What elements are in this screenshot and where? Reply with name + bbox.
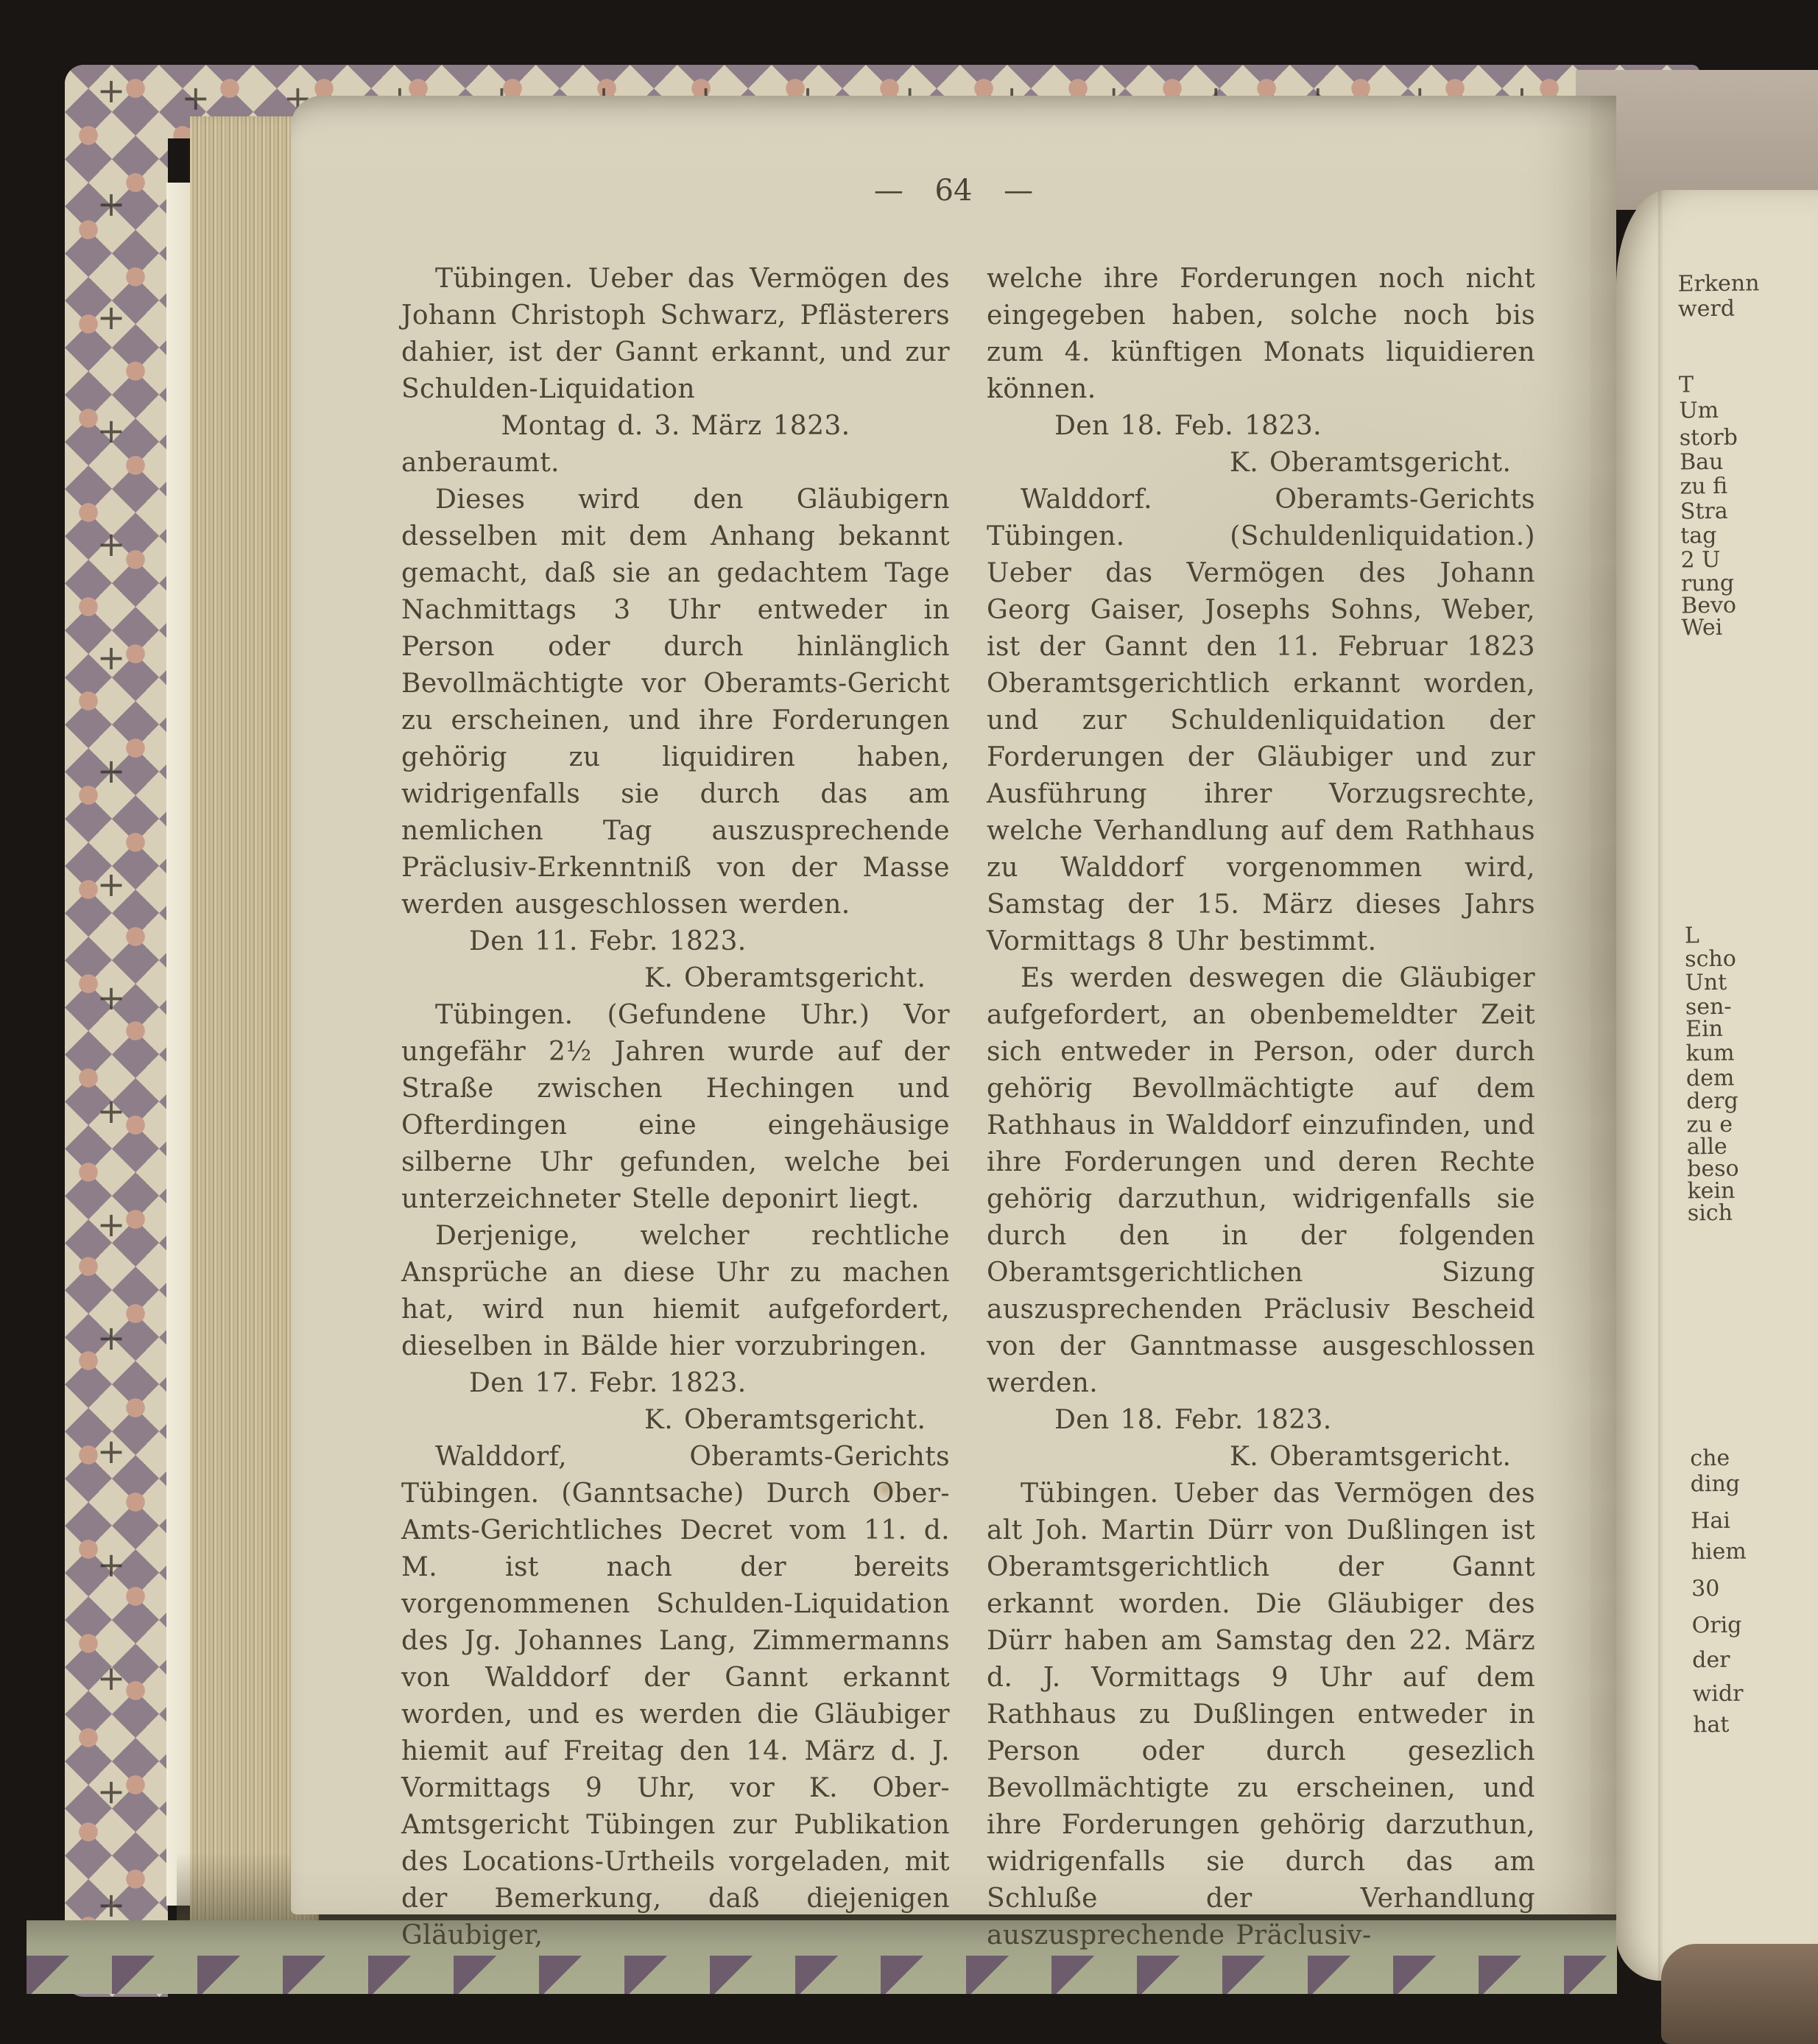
fragment-line: kum [1685,1040,1734,1067]
paragraph: Walddorf. Oberamts-Gerichts Tübingen. (S… [987,482,1535,960]
fragment-line: Bau [1680,449,1724,476]
fragment-line: scho [1685,946,1736,973]
column-left: Tübingen. Ueber das Vermögen des Johann … [401,261,950,1954]
paragraph: K. Oberamtsgericht. [401,960,950,997]
fragment-line: zu fi [1680,473,1727,500]
paragraph: K. Oberamtsgericht. [987,445,1535,482]
paragraph: K. Oberamtsgericht. [987,1439,1535,1476]
fragment-line: Orig [1692,1613,1742,1639]
fragment-line: Hai [1691,1508,1730,1534]
paragraph: Tübingen. (Gefundene Uhr.) Vor ungefähr … [401,997,950,1218]
fragment-line: Erkenn [1677,270,1759,297]
fragment-line: Ein [1685,1016,1723,1043]
page-number: — 64 — [291,174,1616,208]
paragraph: Den 18. Feb. 1823. [987,408,1535,445]
paragraph: Derjenige, welcher rechtliche Ansprüche … [401,1218,950,1365]
next-page-curled-edge: ErkennwerdTUmstorbBauzu fiStratag2 Urung… [1616,190,1818,1981]
paragraph: welche ihre Forderungen noch nicht einge… [987,261,1535,408]
fragment-line: 30 [1691,1576,1720,1601]
fragment-line: sich [1688,1200,1733,1227]
paragraph: Den 17. Febr. 1823. [401,1365,950,1402]
paragraph: Den 11. Febr. 1823. [401,923,950,960]
endpaper-edge [166,183,193,1906]
book-cover-left-border [65,65,168,1997]
fragment-line: che [1690,1445,1730,1472]
column-right-fragments: ErkennwerdTUmstorbBauzu fiStratag2 Urung… [1607,189,1818,1982]
fragment-line: hiem [1691,1539,1746,1565]
fragment-line: Stra [1680,498,1728,525]
fragment-line: widr [1692,1681,1743,1708]
paragraph: Den 18. Febr. 1823. [987,1402,1535,1439]
paragraph: Tübingen. Ueber das Vermögen des alt Joh… [987,1476,1535,1954]
paragraph: Walddorf, Oberamts-Gerichts Tübingen. (G… [401,1439,950,1954]
page-64: — 64 — Tübingen. Ueber das Vermögen des … [291,96,1616,1914]
fragment-line: derg [1686,1088,1738,1115]
paragraph: Tübingen. Ueber das Vermögen des Johann … [401,261,950,408]
book-scan: — 64 — Tübingen. Ueber das Vermögen des … [0,0,1818,2044]
fragment-line: storb [1680,425,1738,451]
fragment-line: ding [1690,1471,1740,1498]
paragraph: Dieses wird den Gläubigern desselben mit… [401,482,950,923]
fragment-line: der [1692,1647,1730,1674]
fragment-line: L [1685,923,1699,948]
fragment-line: Um [1679,398,1719,424]
fragment-line: 2 U [1680,547,1720,574]
fragment-line: T [1679,372,1694,398]
fragment-line: hat [1693,1712,1730,1738]
fragment-line: Wei [1681,615,1722,641]
paragraph: Montag d. 3. März 1823. [401,408,950,445]
fragment-line: Unt [1685,970,1727,996]
fragment-line: werd [1678,296,1735,323]
paragraph: K. Oberamtsgericht. [401,1402,950,1439]
paragraph: Es werden deswegen die Gläubiger aufgefo… [987,960,1535,1402]
column-middle: welche ihre Forderungen noch nicht einge… [987,261,1535,1954]
book-cover-bottom-right-corner [1661,1944,1818,2044]
paragraph: anberaumt. [401,445,950,482]
fragment-line: tag [1680,523,1717,549]
